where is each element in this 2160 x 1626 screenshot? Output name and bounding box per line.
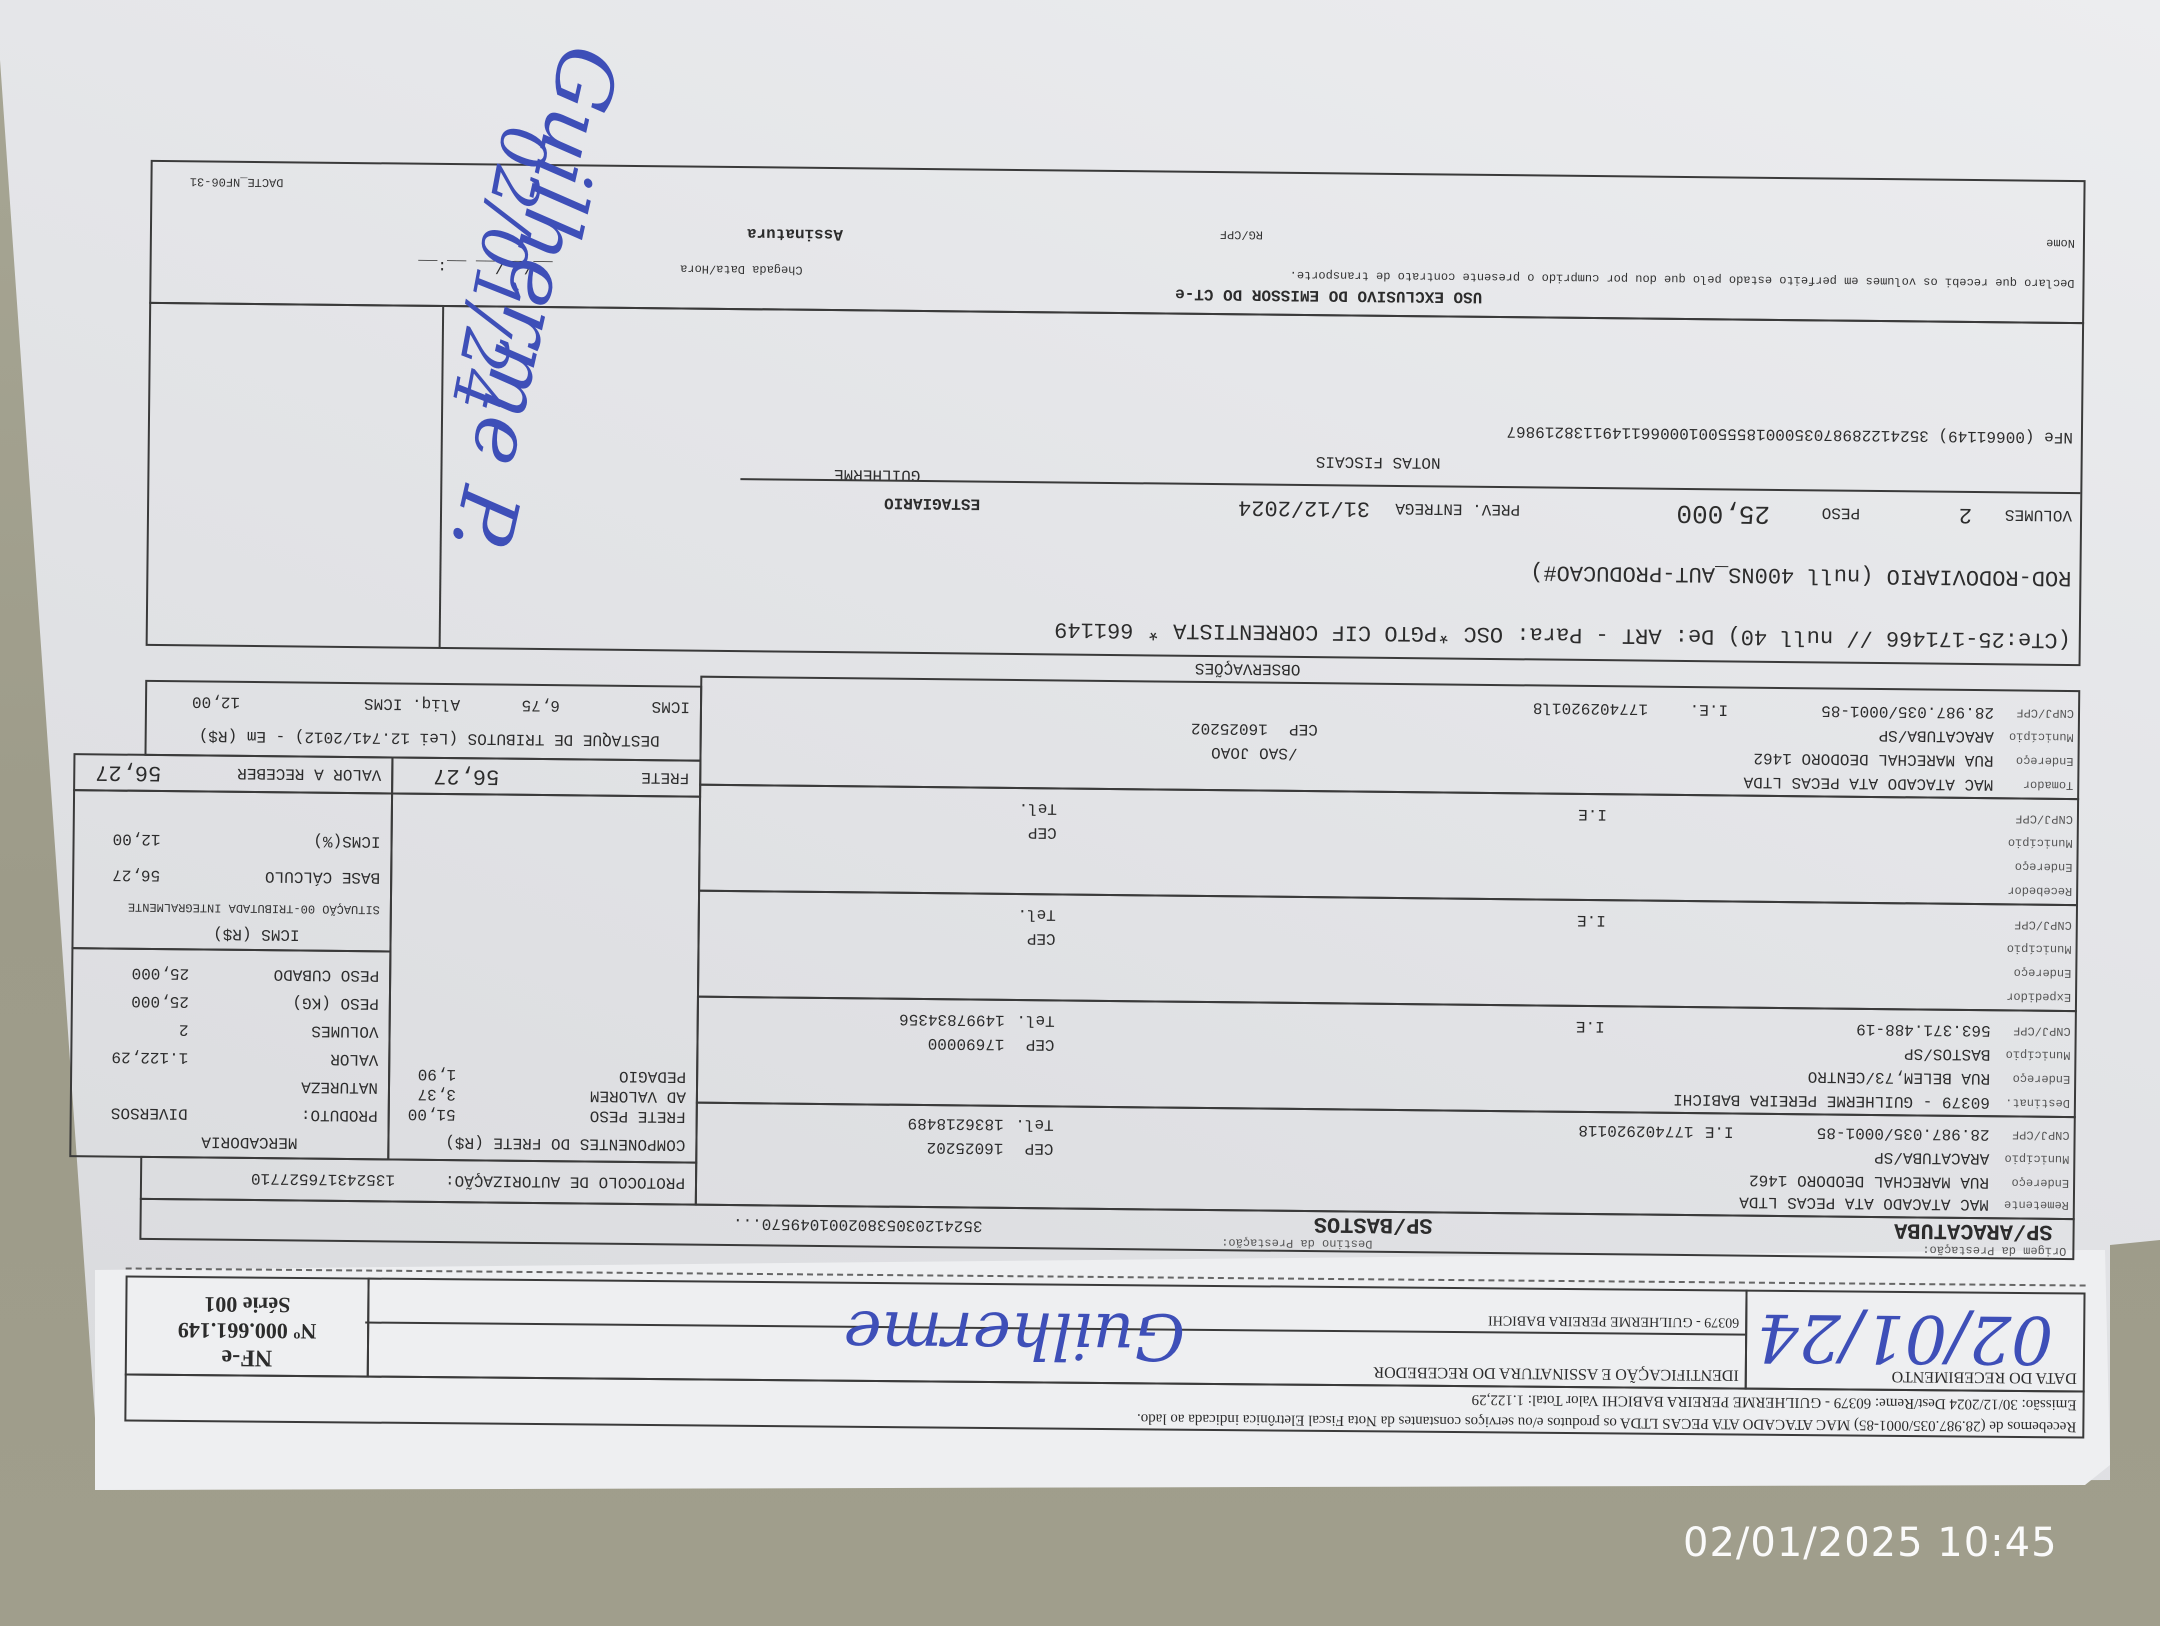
recebedor-label: Recebedor [2007,883,2072,898]
componente-row-label: FRETE PESO [590,1107,686,1126]
obs-cte-line: (CTe:25-171466 // null 40) De: ART - Par… [1054,616,2071,652]
tomador-municipio-label: Município [2009,729,2074,744]
mercadoria-box: MERCADORIA PRODUTO:DIVERSOSNATUREZAVALOR… [69,947,391,1160]
stub-id-label: IDENTIFICAÇÃO E ASSINATURA DO RECEBEDOR [1373,1362,1739,1383]
stub-id-cell: IDENTIFICAÇÃO E ASSINATURA DO RECEBEDOR … [367,1278,1748,1390]
icms-box: ICMS (R$) SITUAÇÃO 00-TRIBUTADA INTEGRAL… [71,789,393,952]
destinatario-section: Destinat. 60379 - GUILHERME PEREIRA BABI… [696,996,2077,1118]
recebedor-cnpj-label: CNPJ/CPF [2015,811,2073,826]
obs-volumes-label: VOLUMES [2005,505,2072,524]
stub-emission-text: Emissão: 30/12/2024 Dest/Reme: 60379 - G… [1471,1390,2076,1412]
tomador-cnpj: 28.987.035/0001-85 [1821,701,1994,721]
mercadoria-row-label: VALOR [330,1050,378,1069]
tributos-icms-value: 6,75 [522,696,561,714]
frete-label: FRETE [641,768,689,787]
mercadoria-row-label: PESO CUBADO [273,965,379,984]
recebedor-cep-label: CEP [1028,823,1057,841]
obs-divider [740,478,2080,494]
observacoes-box: (CTe:25-171466 // null 40) De: ART - Par… [146,302,2084,666]
recebedor-tel-label: Tel. [1018,799,1057,817]
icms-title: ICMS (R$) [213,925,300,944]
destinatario-ie-label: I.E [1576,1017,1605,1035]
tomador-label: Tomador [2023,778,2074,793]
obs-peso-value: 25,000 [1676,498,1770,529]
obs-prev-entrega-value: 31/12/2024 [1238,494,1370,520]
stub-date-cell: DATA DO RECEBIMENTO 02/01/24 [1745,1290,2086,1393]
obs-modal-line: ROD-RODOVIARIO (null 400NS_AUT-PRODUCAO#… [1530,559,2072,590]
stub-nfe-cell: NF-e Nº 000.661.149 Série 001 [125,1275,370,1377]
tomador-section: Tomador MAC ATACADO ATA PECAS LTDA Ender… [699,676,2080,800]
valor-receber-box: VALOR A RECEBER 56,27 [73,753,393,794]
recebedor-section: Recebedor Endereço Município CEP CNPJ/CP… [698,784,2079,906]
componentes-title: COMPONENTES DO FRETE (R$) [445,1133,685,1154]
expedidor-cnpj-label: CNPJ/CPF [2014,917,2072,932]
obs-volumes-value: 2 [1959,502,1972,527]
stub-handwritten-date: 02/01/24 [1756,1299,2053,1379]
tomador-ie: 1774029201l8 [1533,698,1648,717]
tomador-endereco-label: Endereço [2016,753,2074,768]
icms-base-value: 56,27 [112,866,160,885]
expedidor-municipio-label: Município [2007,941,2072,956]
chave-acesso: 35241203053802001049570... [733,1214,983,1235]
protocolo-value: 135243176527710 [251,1169,395,1189]
mercadoria-title: MERCADORIA [201,1132,297,1151]
valor-receber-label: VALOR A RECEBER [237,764,381,784]
frete-box: FRETE 56,27 [391,756,701,797]
tomador-cep-label: CEP [1289,720,1318,738]
destinatario-cep-label: CEP [1026,1035,1055,1053]
origem-label: Origem da Prestação: [1922,1243,2066,1259]
mercadoria-row-value: 25,000 [131,992,189,1011]
expedidor-ie-label: I.E [1577,911,1606,929]
destino-label: Destino da Prestação: [1221,1235,1372,1251]
icms-situacao: SITUAÇÃO 00-TRIBUTADA INTEGRALMENTE [128,900,380,917]
assinatura-label: Assinatura [747,224,843,243]
destinatario-name: 60379 - GUILHERME PEREIRA BABICHI [1673,1090,1990,1111]
tomador-endereco: RUA MARECHAL DEODORO 1462 [1753,749,1993,770]
valor-receber-value: 56,27 [95,759,161,785]
remetente-tel: 1836218489 [908,1114,1004,1133]
expedidor-cep-label: CEP [1027,929,1056,947]
rg-cpf-label: RG/CPF [1220,227,1263,241]
tributos-aliq-value: 12,00 [192,692,240,711]
origem-value: SP/ARACATUBA [1894,1217,2053,1244]
stub-handwritten-signature: Guilherme [843,1296,1185,1373]
tributos-box: DESTAQUE DE TRIBUTOS (Lei 12.741/2012) -… [144,680,702,762]
destinatario-cnpj: 563.371.488-19 [1856,1020,1991,1039]
mercadoria-row-label: VOLUMES [311,1022,378,1041]
remetente-name: MAC ATACADO ATA PECAS LTDA [1739,1193,1989,1214]
tomador-cep: 16025202 [1191,719,1268,738]
componente-row-label: AD VALOREM [590,1087,686,1106]
recebedor-ie-label: I.E [1578,805,1607,823]
mercadoria-row-value: 25,000 [131,964,189,983]
tomador-municipio: ARACATUBA/SP [1878,726,1993,745]
canhoto-title: USO EXCLUSIVO DO EMISSOR DO CT-e [1175,285,1482,306]
mercadoria-row-label: NATUREZA [301,1078,378,1097]
icms-base-label: BASE CÁLCULO [265,867,380,886]
remetente-ie: 177402920118 [1578,1121,1693,1140]
componente-row-value: 51,00 [408,1105,456,1124]
obs-prev-entrega-label: PREV. ENTREGA [1395,499,1520,518]
mercadoria-row-label: PESO (KG) [292,993,379,1012]
icms-aliq-label: ICMS(%) [313,832,380,851]
form-code: DACTE_NF06-31 [190,174,284,189]
obs-notas-fiscais-label: NOTAS FISCAIS [1316,452,1441,471]
icms-aliq-value: 12,00 [112,830,160,849]
stub-nfe-serie: Série 001 [127,1290,367,1318]
arrival-label: Chegada Data/Hora [680,261,803,276]
componente-row-value: 3,37 [417,1085,456,1103]
obs-side-divider [439,305,445,647]
destinatario-endereco: RUA BELEM,73/CENTRO [1808,1067,1991,1087]
nome-label: Nome [2046,236,2075,250]
obs-estagiario-label: ESTAGIARIO [884,494,980,513]
canhoto-box: USO EXCLUSIVO DO EMISSOR DO CT-e Declaro… [149,160,2085,324]
remetente-municipio-label: Município [2004,1151,2069,1166]
componente-row-label: PEDAGIO [619,1067,686,1086]
destino-value: SP/BASTOS [1314,1211,1433,1237]
tributos-title: DESTAQUE DE TRIBUTOS (Lei 12.741/2012) -… [199,726,660,749]
dacte-document: Origem da Prestação: SP/ARACATUBA Destin… [139,160,2085,1260]
mercadoria-row-value: DIVERSOS [111,1104,188,1123]
destinatario-label: Destinat. [2005,1095,2070,1110]
destinatario-cnpj-label: CNPJ/CPF [2013,1023,2071,1038]
observacoes-title: OBSERVAÇÕES [1195,659,1301,678]
tributos-icms-label: ICMS [652,697,691,715]
remetente-endereco: RUA MARECHAL DEODORO 1462 [1749,1171,1989,1192]
protocolo-label: PROTOCOLO DE AUTORIZAÇÃO: [445,1171,685,1192]
destinatario-tel: 14997834356 [899,1010,1005,1029]
mercadoria-row-value: 1.122,29 [111,1048,188,1067]
stub-receiver-name: 60379 - GUILHERME PEREIRA BABICHI [1488,1311,1739,1329]
expedidor-section: Expedidor Endereço Município CEP CNPJ/CP… [697,890,2078,1012]
destinatario-cep: 17690000 [928,1034,1005,1053]
recebedor-endereco-label: Endereço [2015,859,2073,874]
tomador-name: MAC ATACADO ATA PECAS LTDA [1744,773,1994,794]
remetente-municipio: ARACATUBA/SP [1874,1148,1989,1167]
destinatario-tel-label: Tel. [1016,1011,1055,1029]
photo-timestamp: 02/01/2025 10:45 [1683,1520,2058,1566]
tomador-cnpj-label: CNPJ/CPF [2016,705,2074,720]
mercadoria-row-value: 2 [179,1020,189,1038]
expedidor-tel-label: Tel. [1017,905,1056,923]
remetente-endereco-label: Endereço [2011,1175,2069,1190]
destinatario-municipio-label: Município [2006,1047,2071,1062]
expedidor-label: Expedidor [2006,989,2071,1004]
tomador-ie-label: I.E. [1690,700,1729,718]
componente-row-value: 1,90 [418,1065,457,1083]
tributos-aliq-label: Aliq. ICMS [364,694,460,713]
remetente-cep-label: CEP [1025,1139,1054,1157]
expedidor-endereco-label: Endereço [2014,965,2072,980]
remetente-label: Remetente [2004,1197,2069,1212]
stub-nfe-title: NF-e [127,1342,367,1371]
nfe-receipt-stub: Recebemos de (28.987.035/0001-85) MAC AT… [124,1261,2085,1438]
tomador-bairro: /SAO JOAO [1211,743,1298,762]
stub-nfe-number: Nº 000.661.149 [127,1316,367,1344]
recebedor-municipio-label: Município [2008,835,2073,850]
stub-received-text: Recebemos de (28.987.035/0001-85) MAC AT… [1137,1409,2077,1434]
remetente-section: Remetente MAC ATACADO ATA PECAS LTDA End… [695,1102,2076,1220]
componentes-frete-box: COMPONENTES DO FRETE (R$) FRETE PESO51,0… [387,792,701,1163]
obs-peso-label: PESO [1822,503,1861,521]
destinatario-endereco-label: Endereço [2013,1071,2071,1086]
remetente-cep: 16025202 [927,1138,1004,1157]
mercadoria-row-label: PRODUTO: [301,1106,378,1125]
remetente-tel-label: Tel. [1015,1115,1054,1133]
remetente-cnpj: 28.987.035/0001-85 [1817,1123,1990,1143]
destinatario-municipio: BASTOS/SP [1904,1044,1991,1063]
protocolo-box: PROTOCOLO DE AUTORIZAÇÃO: 13524317652771… [140,1156,697,1206]
frete-value: 56,27 [433,763,499,789]
obs-nfe-line: NFe (00661149) 3524122898703500018555001… [1506,422,2073,446]
remetente-cnpj-label: CNPJ/CPF [2012,1127,2070,1142]
remetente-ie-label: I.E [1705,1122,1734,1140]
